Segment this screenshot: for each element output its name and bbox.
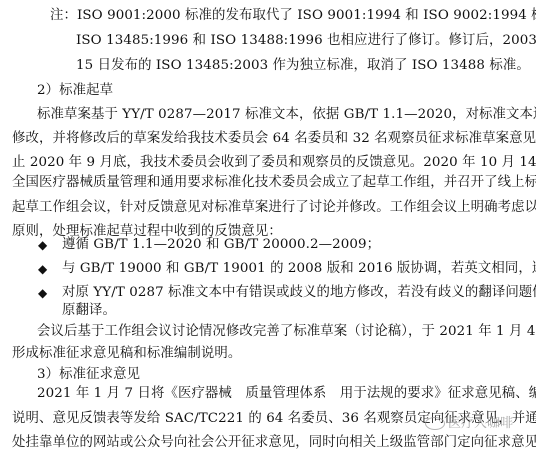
note-line-1: 注：ISO 9001:2000 标准的发布取代了 ISO 9001:1994 和… — [50, 7, 536, 25]
watermark: 医疗人咖啡 — [425, 412, 513, 431]
paragraph-line: 修改，并将修改后的草案发给我技术委员会 64 名委员和 32 名观察员征求标准草… — [12, 130, 536, 148]
diamond-bullet-icon: ◆ — [38, 236, 47, 254]
paragraph-line: 处挂靠单位的网站或公众号向社会公开征求意见，同时向相关上级监管部门定向征求意见。 — [12, 434, 536, 452]
paragraph-line: 会议后基于工作组会议讨论情况修改完善了标准草案（讨论稿），于 2021 年 1 … — [37, 323, 536, 341]
note-line-2: ISO 13485:1996 和 ISO 13488:1996 也相应进行了修订… — [76, 32, 536, 50]
section-2-heading: 2）标准起草 — [37, 82, 113, 100]
bullet-item: 与 GB/T 19000 和 GB/T 19001 的 2008 版和 2016… — [62, 260, 536, 278]
bullet-item: 对原 YY/T 0287 标准文本中有错误或歧义的地方修改，若没有歧义的翻译问题… — [62, 284, 536, 302]
paragraph-line: 标准草案基于 YY/T 0287—2017 标准文本，依据 GB/T 1.1—2… — [37, 106, 536, 124]
diamond-bullet-icon: ◆ — [38, 284, 47, 302]
paragraph-line: 形成标准征求意见稿和标准编制说明。 — [12, 345, 241, 363]
bullet-item: 遵循 GB/T 1.1—2020 和 GB/T 20000.2—2009； — [62, 236, 380, 254]
diamond-bullet-icon: ◆ — [38, 260, 47, 278]
paragraph-line: 全国医疗器械质量管理和通用要求标准化技术委员会成立了起草工作组，并召开了线上标准 — [12, 174, 536, 192]
paragraph-line: 2021 年 1 月 7 日将《医疗器械 质量管理体系 用于法规的要求》征求意见… — [37, 385, 536, 403]
paragraph-line: 止 2020 年 9 月底，我技术委员会收到了委员和观察员的反馈意见。2020 … — [12, 154, 536, 172]
note-line-3: 15 日发布的 ISO 13485:2003 作为独立标准，取消了 ISO 13… — [76, 57, 530, 75]
section-3-heading: 3）标准征求意见 — [37, 366, 140, 384]
paragraph-line: 起草工作组会议，针对反馈意见对标准草案进行了讨论并修改。工作组会议上明确考虑以下 — [12, 199, 536, 217]
wechat-icon — [425, 417, 445, 430]
watermark-text: 医疗人咖啡 — [448, 416, 513, 431]
bullet-item-continuation: 原翻译。 — [62, 302, 116, 320]
